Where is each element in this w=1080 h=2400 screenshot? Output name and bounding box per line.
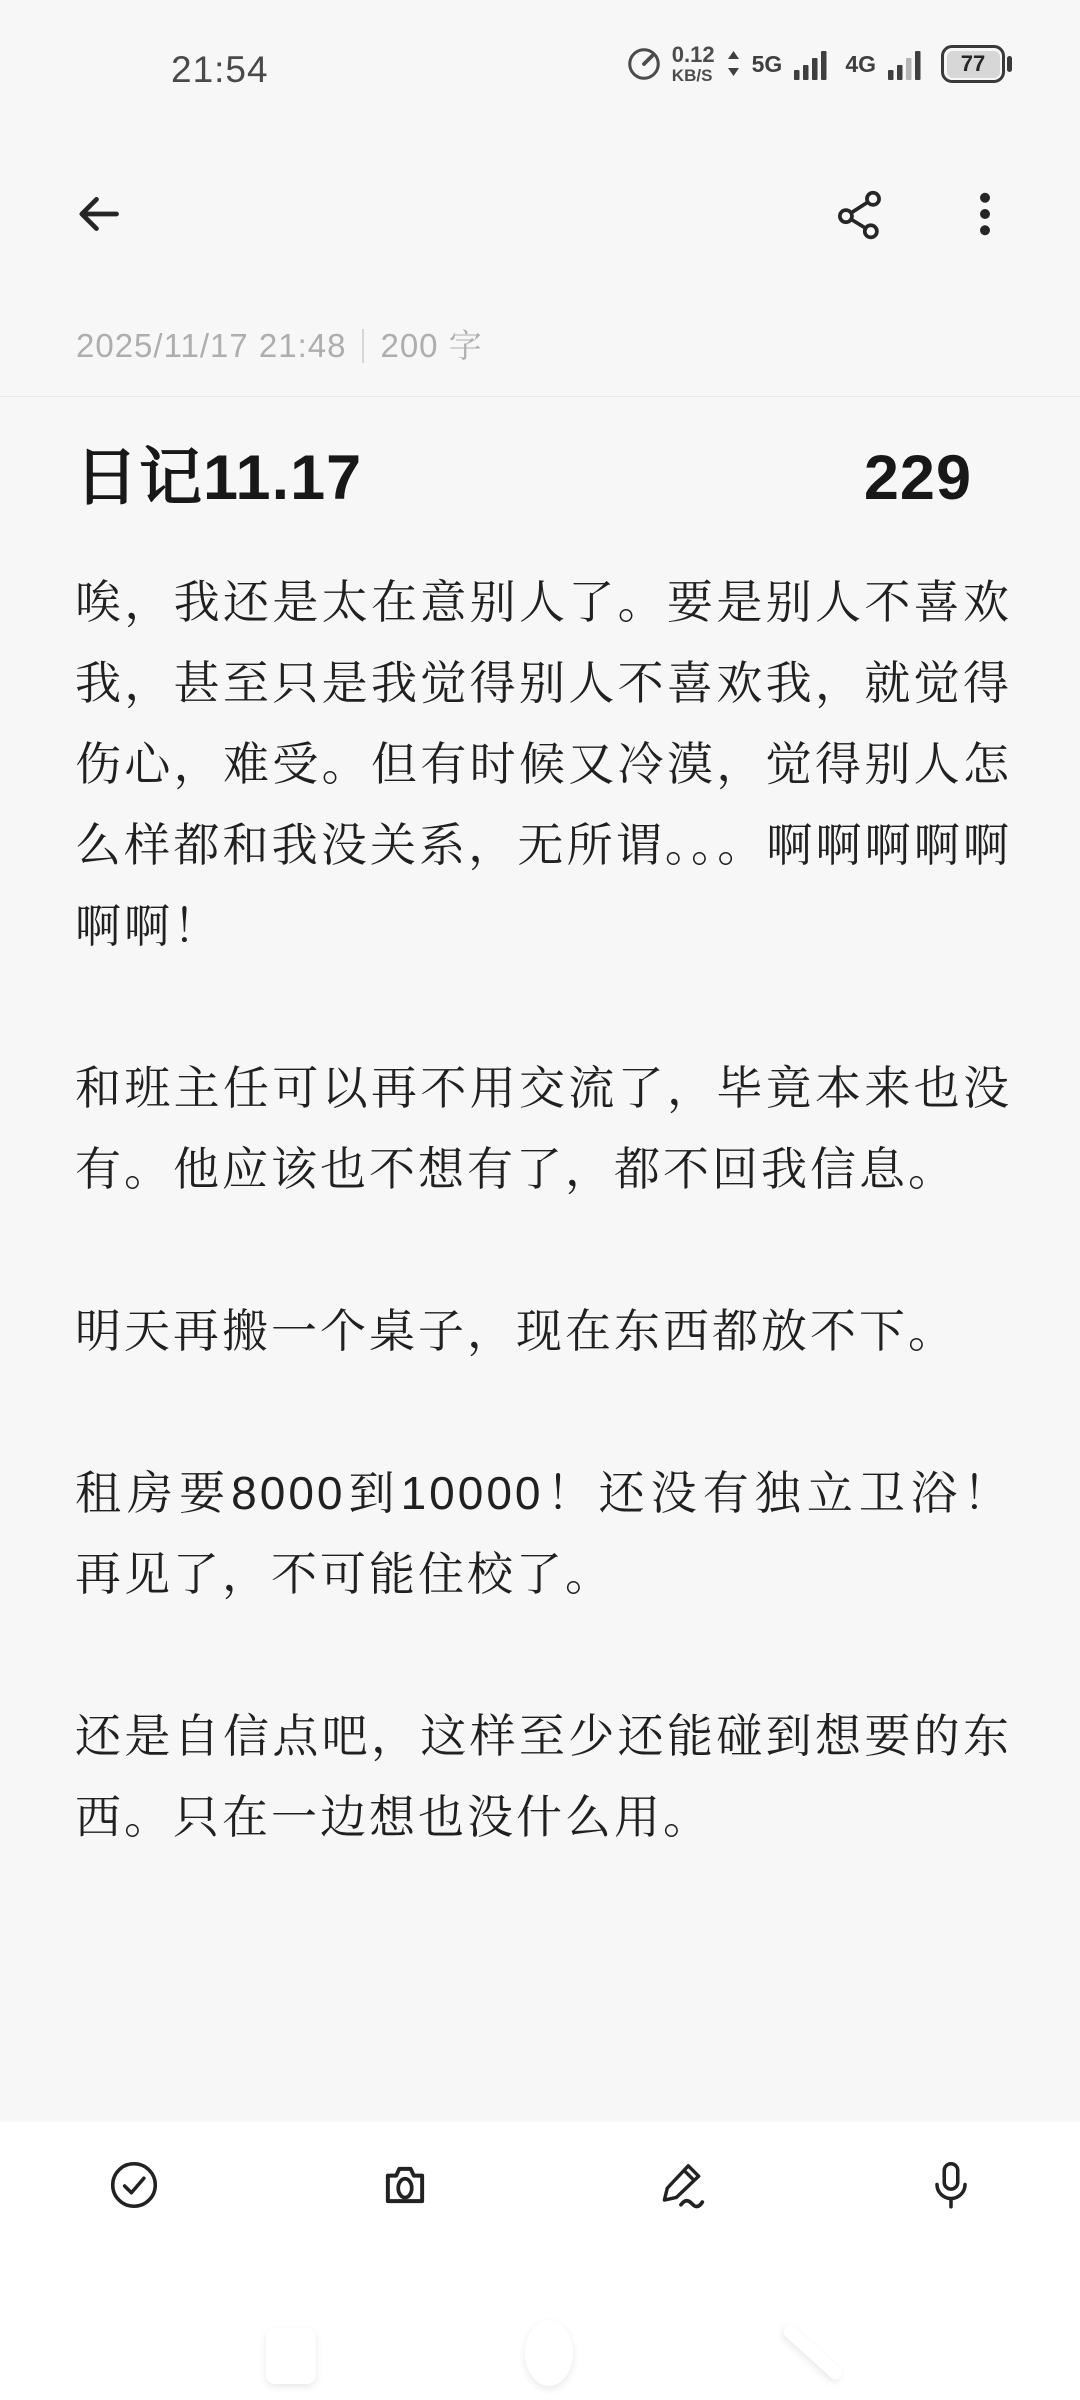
action-bar xyxy=(0,190,1080,260)
note-meta: 2025/11/17 21:48 200 字 xyxy=(76,326,483,366)
battery-nub xyxy=(1007,56,1012,72)
updown-arrows-icon xyxy=(726,50,741,78)
share-button[interactable] xyxy=(832,186,888,242)
bottom-toolbar xyxy=(0,2122,1080,2400)
back-key[interactable] xyxy=(781,2323,845,2382)
share-icon xyxy=(834,188,886,240)
status-indicators: 0.12 KB/S 5G 4G xyxy=(625,36,1005,92)
back-arrow-icon xyxy=(71,188,123,240)
meta-separator xyxy=(362,329,364,363)
note-title: 日记11.17 xyxy=(75,441,362,517)
pen-scribble-icon xyxy=(654,2158,708,2212)
note-title-number: 229 xyxy=(864,441,972,517)
battery-level: 77 xyxy=(947,51,1000,78)
note-paragraph: 和班主任可以再不用交流了，毕竟本来也没有。他应该也不想有了，都不回我信息。 xyxy=(75,1048,1012,1210)
microphone-icon xyxy=(924,2158,978,2212)
notes-app-screen: 21:54 0.12 KB/S 5G 4G xyxy=(0,0,1080,2400)
navigation-keys xyxy=(0,2310,1080,2400)
home-key[interactable] xyxy=(525,2320,573,2386)
more-options-button[interactable] xyxy=(957,186,1013,242)
note-datetime: 2025/11/17 21:48 xyxy=(76,326,346,366)
clock: 21:54 xyxy=(171,51,269,88)
voice-memo-button[interactable] xyxy=(911,2145,991,2225)
check-circle-icon xyxy=(107,2158,161,2212)
back-button[interactable] xyxy=(69,186,125,242)
note-title-row: 日记11.17 229 xyxy=(75,441,972,517)
camera-button[interactable] xyxy=(365,2145,445,2225)
sim2-network-type: 4G xyxy=(845,53,876,76)
network-speed: 0.12 KB/S xyxy=(672,44,715,84)
more-menu-icon xyxy=(961,188,1009,240)
note-body[interactable]: 唉，我还是太在意别人了。要是别人不喜欢我，甚至只是我觉得别人不喜欢我，就觉得伤心… xyxy=(75,562,1012,1858)
todo-checklist-button[interactable] xyxy=(94,2145,174,2225)
sim1-network-type: 5G xyxy=(752,53,783,76)
status-bar: 21:54 0.12 KB/S 5G 4G xyxy=(0,0,1080,100)
speedometer-icon xyxy=(625,45,663,83)
battery-icon: 77 xyxy=(941,45,1005,83)
sim1-signal-bars-icon xyxy=(794,48,828,80)
sim2-signal-bars-icon xyxy=(888,48,922,80)
note-word-count: 200 字 xyxy=(380,326,482,366)
note-paragraph: 还是自信点吧，这样至少还能碰到想要的东西。只在一边想也没什么用。 xyxy=(75,1696,1012,1858)
note-paragraph: 明天再搬一个桌子，现在东西都放不下。 xyxy=(75,1291,1012,1372)
handwriting-button[interactable] xyxy=(641,2145,721,2225)
network-speed-value: 0.12 xyxy=(672,44,715,66)
note-paragraph: 租房要8000到10000！还没有独立卫浴！再见了，不可能住校了。 xyxy=(75,1453,1012,1615)
battery-percent: 77 xyxy=(961,53,985,75)
camera-icon xyxy=(378,2158,432,2212)
recents-key[interactable] xyxy=(266,2328,316,2384)
network-speed-unit: KB/S xyxy=(672,67,715,84)
header-divider xyxy=(0,396,1080,397)
note-paragraph: 唉，我还是太在意别人了。要是别人不喜欢我，甚至只是我觉得别人不喜欢我，就觉得伤心… xyxy=(75,562,1012,967)
